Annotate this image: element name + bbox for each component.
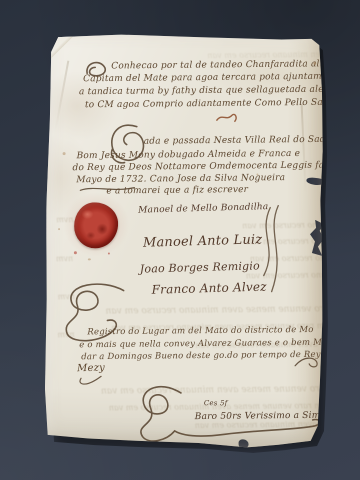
foxing-spot [256,173,258,175]
paper-crease [301,104,307,194]
ink-bleedthrough: um raro venune mense aven minuano recurs… [207,49,360,60]
wax-speck [74,251,77,254]
rubric-squiggle [215,111,239,123]
handwritten-line: a tandica turma by fathy dista que sella… [79,84,352,97]
handwritten-line: Registro do Lugar am del Mato do distric… [87,325,313,337]
handwritten-line: Bom Jesus Mony dobugado Almeida e Franca… [77,149,301,161]
handwritten-line: dar a Domingos Bueno deste go.do por tem… [81,350,321,363]
foxing-spot [88,258,91,260]
ink-bleedthrough: um raro venune mense aven minuano recurs… [105,304,350,317]
wax-speck [108,252,110,254]
handwritten-line: ada e passada Nesta Villa Real do Sado [144,135,332,147]
paragraph-tail-word: Mezy [77,362,105,374]
manuscript-paper: um raro venune mense aven minuano recurs… [45,32,326,448]
handwritten-line: to CM agoa Comprio adiantamente Como Pel… [85,97,358,110]
foxing-spot [63,152,66,155]
handwritten-line: Capitam del Mate para agoa tercara pota … [83,71,360,84]
paper-crease [55,61,69,130]
tail-underswirl [75,374,105,388]
handwritten-line-with-date: Mayo de 1732. Cano Jose da Silva Nogueir… [76,173,285,185]
foxing-spot [58,228,60,230]
signature-rubric-flourish [242,203,287,299]
photo-backdrop: um raro venune mense aven minuano recurs… [0,0,360,480]
foxing-spot [313,62,316,65]
ink-bleedthrough: nvm [56,254,73,263]
line-end-swash [293,352,321,370]
handwritten-line: e a tomarei que a fiz escrever [106,185,248,196]
folded-corner [47,32,77,62]
closing-mark: Ces 5f [204,399,228,407]
handwritten-line: do Rey que Deos Nottamore Omdemocenta Le… [72,161,330,174]
